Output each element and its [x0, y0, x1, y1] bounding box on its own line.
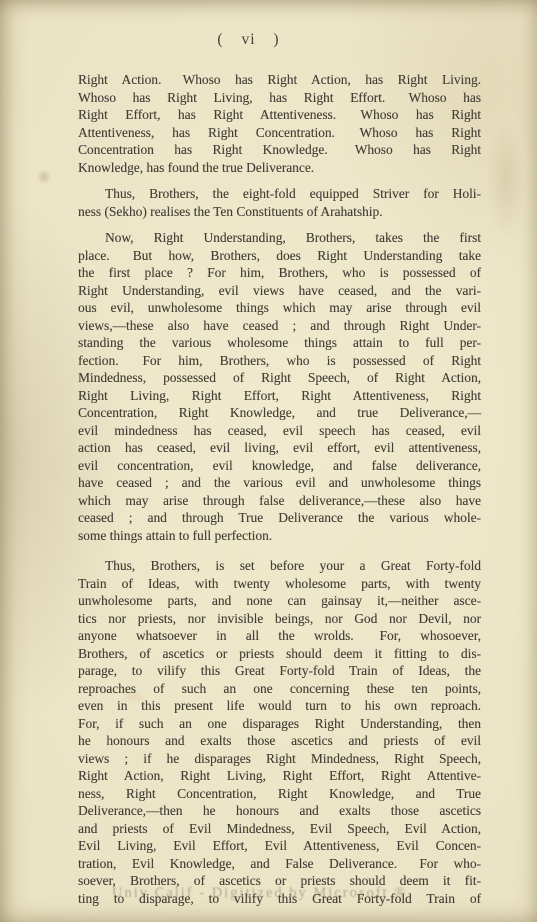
text-line: have ceased ; and the various evil and u… [78, 474, 481, 492]
paragraph: Right Action. Whoso has Right Action, ha… [78, 71, 481, 176]
text-line: he honours and exalts those ascetics and… [78, 732, 481, 750]
paragraph: Thus, Brothers, is set before your a Gre… [78, 557, 481, 907]
text-line: Thus, Brothers, is set before your a Gre… [78, 557, 481, 575]
text-line: Right Action. Whoso has Right Action, ha… [78, 71, 481, 89]
page-stain [486, 120, 526, 240]
text-line: Concentration, Right Knowledge, and true… [78, 404, 481, 422]
text-line: Right Living, Right Effort, Right Attent… [78, 387, 481, 405]
paragraph: Now, Right Understanding, Brothers, take… [78, 229, 481, 544]
page-number: ( vi ) [0, 0, 517, 49]
text-line: ting to disparage, to vilify this Great … [78, 890, 481, 908]
text-line: views ; if he disparages Right Mindednes… [78, 750, 481, 768]
text-line: action has ceased, evil living, evil eff… [78, 439, 481, 457]
text-line: tration, Evil Knowledge, and False Deliv… [78, 855, 481, 873]
text-line: some things attain to full perfection. [78, 527, 481, 545]
text-line: reproaches of such an one concerning the… [78, 680, 481, 698]
text-line: Right Effort, has Right Attentiveness. W… [78, 106, 481, 124]
text-line: anyone whatsoever in all the wrolds. For… [78, 627, 481, 645]
page-stain [36, 170, 52, 184]
text-line: the first place ? For him, Brothers, who… [78, 264, 481, 282]
text-line: soever, Brothers, of ascetics or priests… [78, 872, 481, 890]
text-line: unwholesome parts, and none can gainsay … [78, 592, 481, 610]
text-line: ness, Right Concentration, Right Knowled… [78, 785, 481, 803]
text-line: Deliverance,—then he honours and exalts … [78, 802, 481, 820]
text-line: Mindedness, possessed of Right Speech, o… [78, 369, 481, 387]
text-line: Concentration has Right Knowledge. Whoso… [78, 141, 481, 159]
text-line: Whoso has Right Living, has Right Effort… [78, 89, 481, 107]
text-line: evil mindedness has ceased, evil speech … [78, 422, 481, 440]
text-line: Now, Right Understanding, Brothers, take… [78, 229, 481, 247]
text-line: views,—these also have ceased ; and thro… [78, 317, 481, 335]
text-line: Train of Ideas, with twenty wholesome pa… [78, 575, 481, 593]
text-line: Evil Living, Evil Effort, Evil Attentive… [78, 837, 481, 855]
book-page: ( vi ) Univ Calif - Digitized by Microso… [0, 0, 537, 922]
text-line: evil concentration, evil knowledge, and … [78, 457, 481, 475]
text-line: and priests of Evil Mindedness, Evil Spe… [78, 820, 481, 838]
text-line: place. But how, Brothers, does Right Und… [78, 247, 481, 265]
text-line: Right Action, Right Living, Right Effort… [78, 767, 481, 785]
text-line: Thus, Brothers, the eight-fold equipped … [78, 185, 481, 203]
text-line: Right Understanding, evil views have cea… [78, 282, 481, 300]
text-line: even in this present life would turn to … [78, 697, 481, 715]
text-line: ness (Sekho) realises the Ten Constituen… [78, 203, 481, 221]
text-line: ceased ; and through True Deliverance th… [78, 509, 481, 527]
text-block: Right Action. Whoso has Right Action, ha… [78, 71, 481, 907]
text-line: parage, to vilify this Great Forty-fold … [78, 662, 481, 680]
text-line: For, if such an one disparages Right Und… [78, 715, 481, 733]
text-line: fection. For him, Brothers, who is posse… [78, 352, 481, 370]
paragraph: Thus, Brothers, the eight-fold equipped … [78, 185, 481, 220]
text-line: Brothers, of ascetics or priests should … [78, 645, 481, 663]
text-line: tics nor priests, nor invisible beings, … [78, 610, 481, 628]
text-line: which may arise through false deliveranc… [78, 492, 481, 510]
text-line: standing the various wholesome things at… [78, 334, 481, 352]
text-line: ous evil, unwholesome things which may a… [78, 299, 481, 317]
text-line: Knowledge, has found the true Deliveranc… [78, 159, 481, 177]
text-line: Attentiveness, has Right Concentration. … [78, 124, 481, 142]
